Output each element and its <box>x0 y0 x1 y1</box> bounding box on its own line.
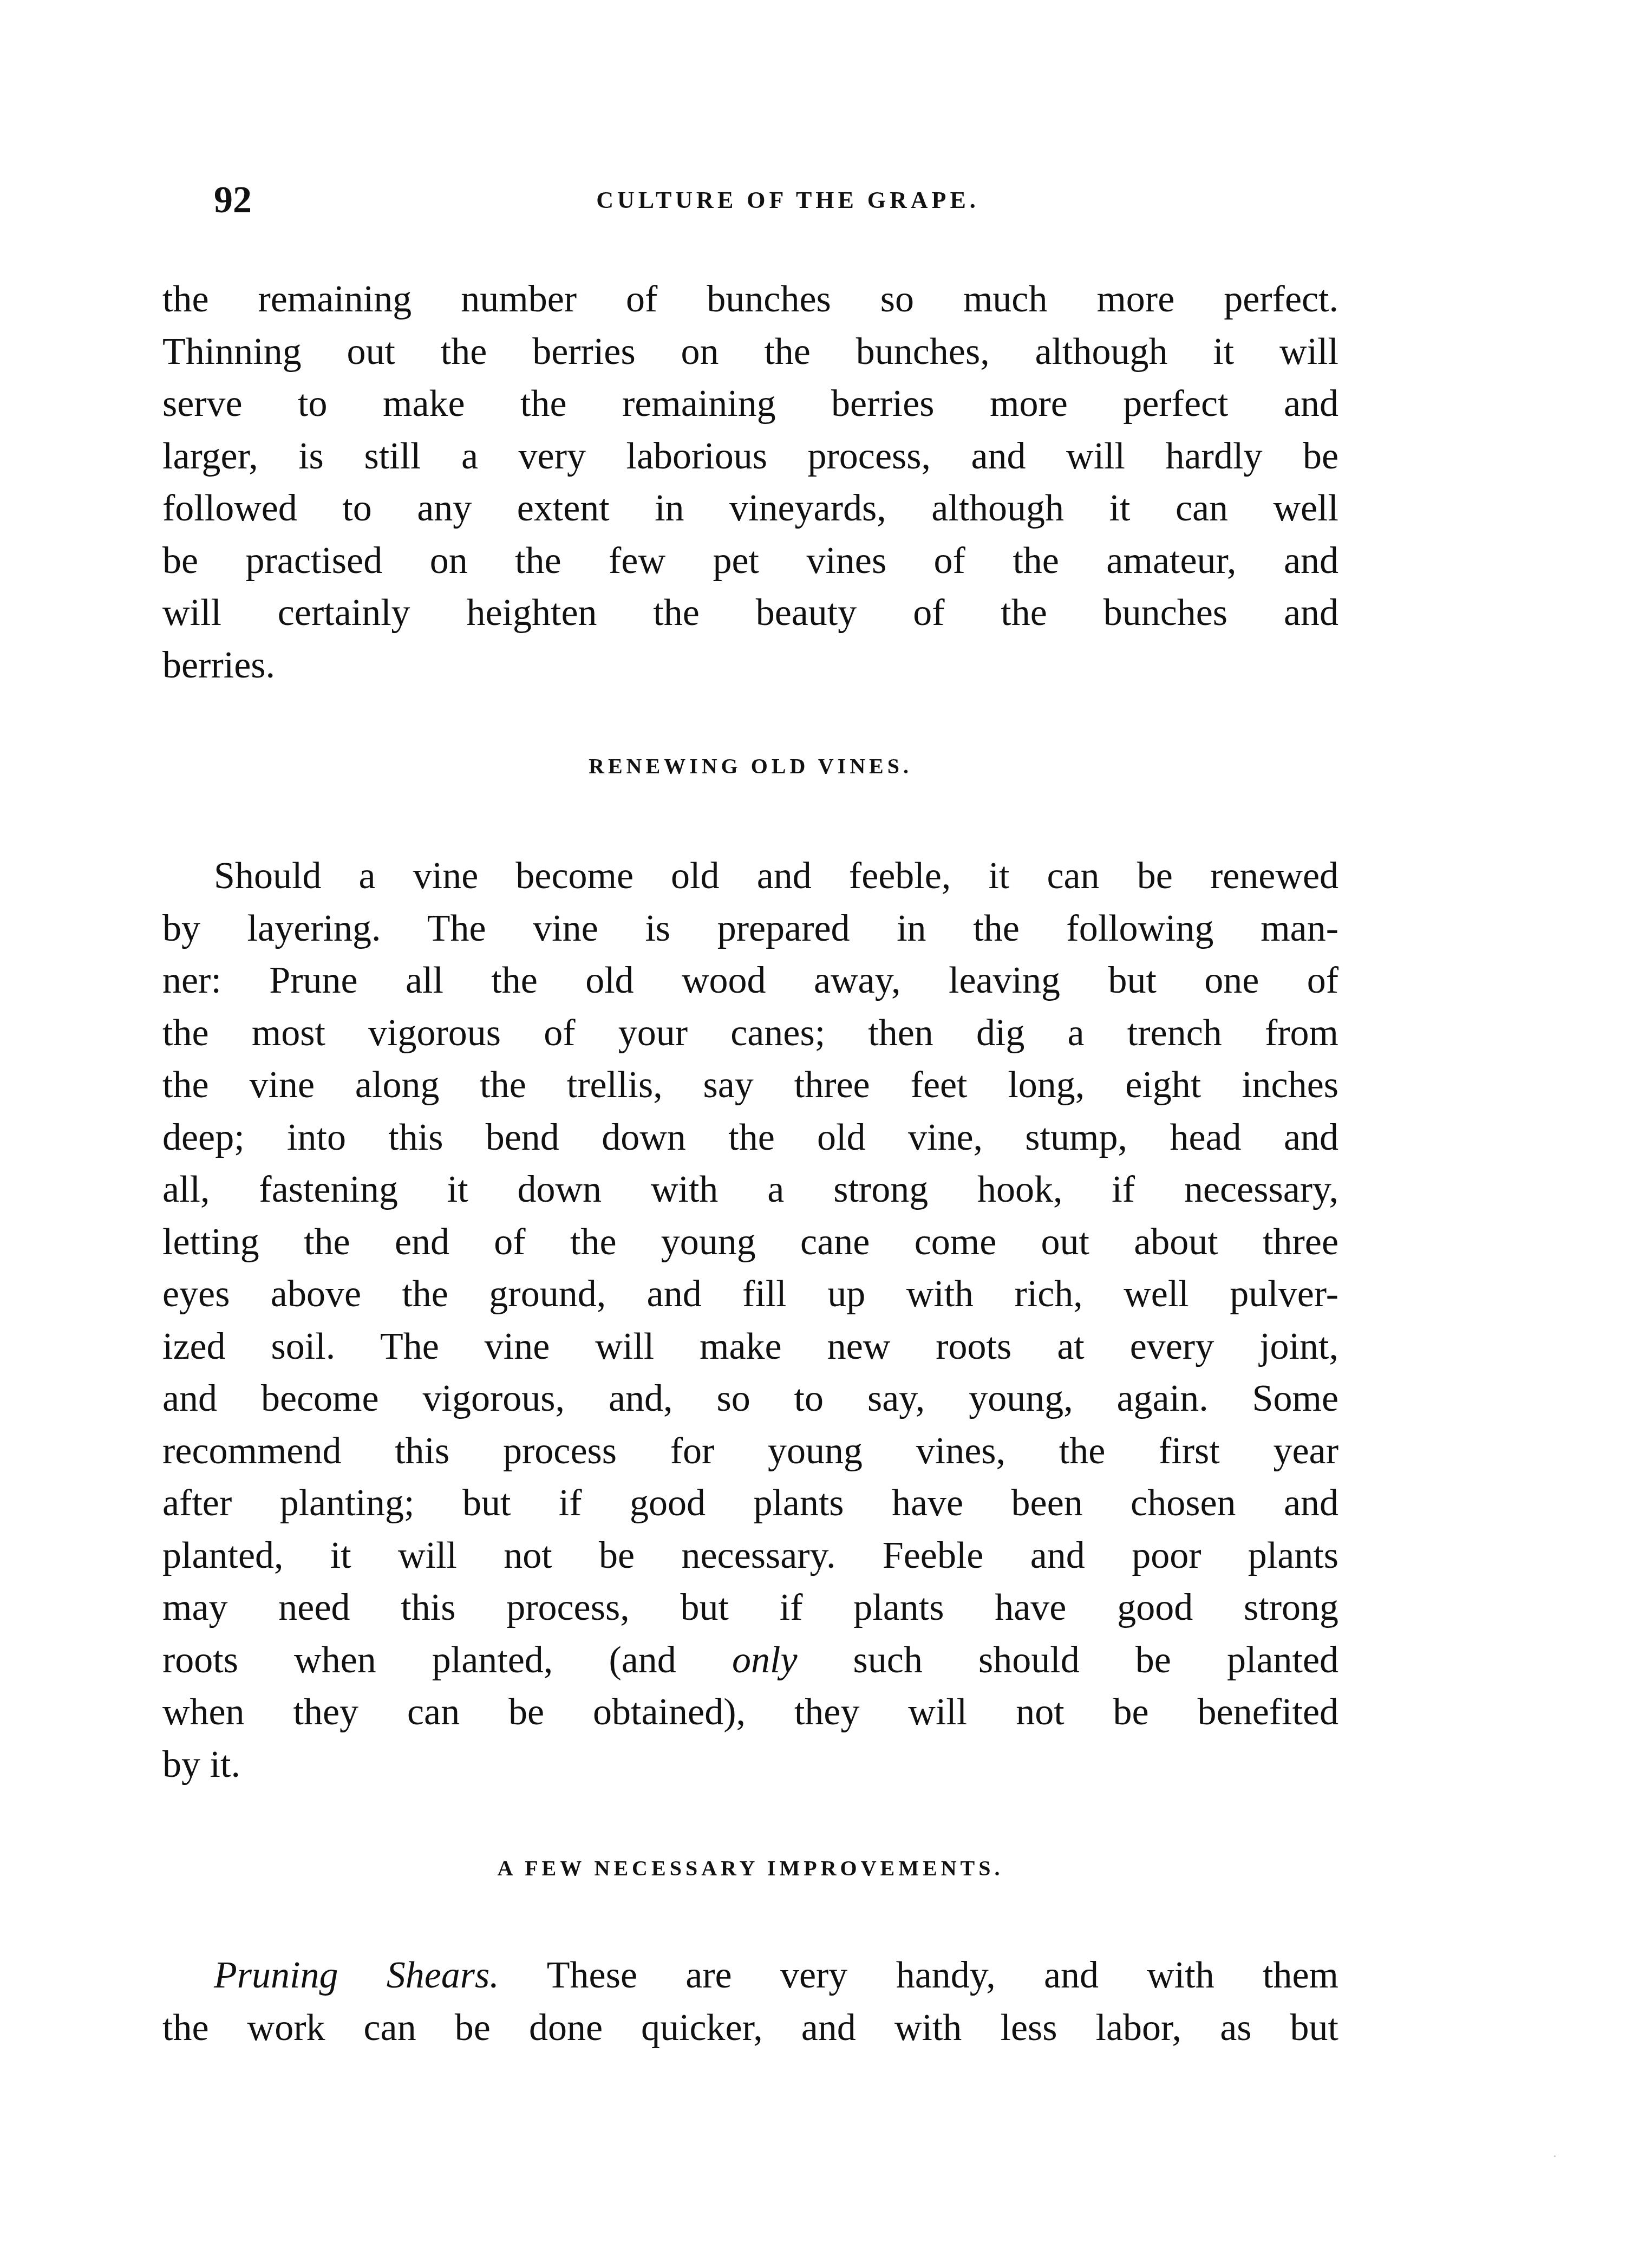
text-line: and become vigorous, and, so to say, you… <box>162 1373 1338 1425</box>
text-run: These are very handy, and with them <box>499 1954 1338 1996</box>
text-line: by it. <box>162 1739 1338 1791</box>
text-line: the most vigorous of your canes; then di… <box>162 1007 1338 1060</box>
text-line: followed to any extent in vineyards, alt… <box>162 483 1338 535</box>
text-line-with-emphasis: Pruning Shears. These are very handy, an… <box>162 1950 1338 2002</box>
text-line: ized soil. The vine will make new roots … <box>162 1321 1338 1373</box>
text-line: when they can be obtained), they will no… <box>162 1686 1338 1739</box>
text-line: Should a vine become old and feeble, it … <box>162 850 1338 903</box>
book-page: 92 CULTURE OF THE GRAPE. the remaining n… <box>0 0 1626 2268</box>
text-run: such should be planted <box>797 1639 1338 1681</box>
improvements-paragraph: Pruning Shears. These are very handy, an… <box>162 1950 1338 2054</box>
text-line: will certainly heighten the beauty of th… <box>162 587 1338 640</box>
section-heading-renewing-old-vines: RENEWING OLD VINES. <box>162 750 1338 783</box>
text-line: letting the end of the young cane come o… <box>162 1216 1338 1269</box>
running-title: CULTURE OF THE GRAPE. <box>214 176 1340 225</box>
text-line: may need this process, but if plants hav… <box>162 1582 1338 1634</box>
text-line: after planting; but if good plants have … <box>162 1477 1338 1530</box>
text-line: by layering. The vine is prepared in the… <box>162 903 1338 955</box>
text-line: recommend this process for young vines, … <box>162 1425 1338 1478</box>
text-line: larger, is still a very laborious proces… <box>162 431 1338 483</box>
text-line: planted, it will not be necessary. Feebl… <box>162 1530 1338 1582</box>
text-line: berries. <box>162 640 1338 692</box>
scan-speck <box>1554 2155 1556 2157</box>
text-line: Thinning out the berries on the bunches,… <box>162 326 1338 379</box>
text-line: the vine along the trellis, say three fe… <box>162 1059 1338 1112</box>
text-line: eyes above the ground, and fill up with … <box>162 1268 1338 1321</box>
text-line: deep; into this bend down the old vine, … <box>162 1112 1338 1164</box>
emphasis-pruning-shears: Pruning Shears. <box>214 1954 499 1996</box>
text-line: all, fastening it down with a strong hoo… <box>162 1164 1338 1216</box>
text-line: ner: Prune all the old wood away, leavin… <box>162 955 1338 1007</box>
continuation-paragraph: the remaining number of bunches so much … <box>162 273 1338 692</box>
text-line: serve to make the remaining berries more… <box>162 378 1338 431</box>
text-line: the work can be done quicker, and with l… <box>162 2002 1338 2055</box>
renewing-paragraph: Should a vine become old and feeble, it … <box>162 850 1338 1791</box>
text-line: be practised on the few pet vines of the… <box>162 535 1338 588</box>
section-heading-necessary-improvements: A FEW NECESSARY IMPROVEMENTS. <box>162 1852 1338 1885</box>
text-run: roots when planted, (and <box>162 1639 732 1681</box>
emphasis-only: only <box>732 1639 798 1681</box>
text-line-with-emphasis: roots when planted, (and only such shoul… <box>162 1634 1338 1687</box>
text-line: the remaining number of bunches so much … <box>162 273 1338 326</box>
running-header: 92 CULTURE OF THE GRAPE. <box>214 176 1340 225</box>
